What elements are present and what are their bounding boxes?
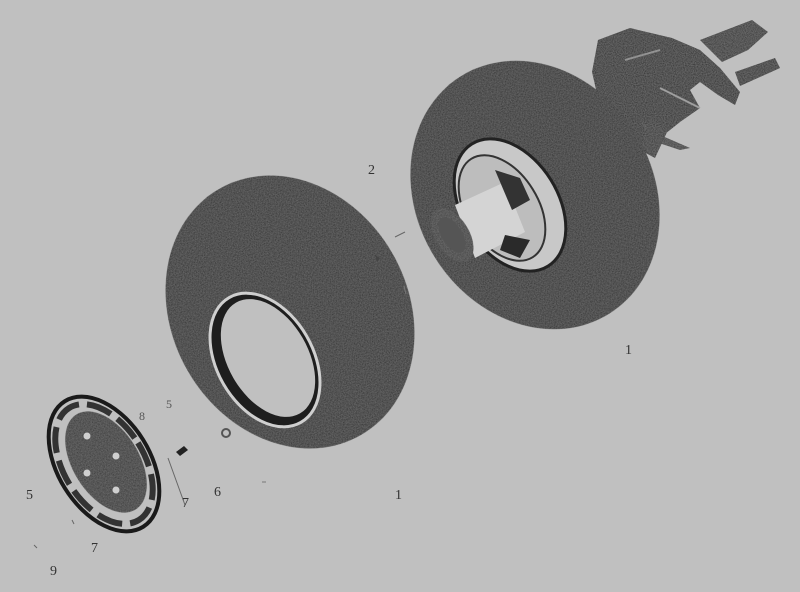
callout-6: 6 bbox=[214, 486, 221, 500]
callout-7-lower: 7 bbox=[91, 542, 98, 556]
bolt-hole bbox=[113, 487, 120, 494]
callout-7-upper: 7 bbox=[182, 497, 189, 511]
callout-5-left: 5 bbox=[26, 489, 33, 503]
bolt-hole bbox=[84, 470, 91, 477]
callout-9: 9 bbox=[50, 565, 57, 579]
exploded-wheel-diagram bbox=[0, 0, 800, 592]
bolt-hole bbox=[84, 433, 91, 440]
callout-5-upper: 5 bbox=[166, 398, 172, 410]
callout-1-assembled: 1 bbox=[625, 344, 632, 358]
bolt-hole bbox=[113, 453, 120, 460]
hub-cap bbox=[26, 377, 182, 551]
callout-2: 2 bbox=[368, 164, 375, 178]
callout-1-tire: 1 bbox=[395, 489, 402, 503]
callout-8: 8 bbox=[139, 410, 145, 422]
